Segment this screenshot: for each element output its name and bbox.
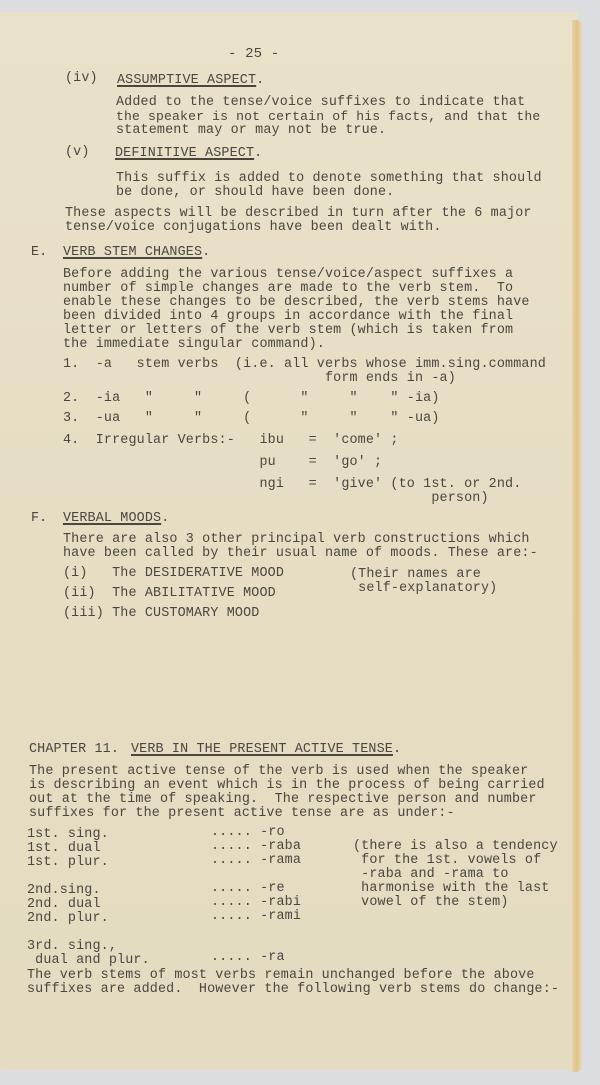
- chapter-label: CHAPTER 11.: [29, 743, 119, 757]
- aspect-title: DEFINITIVE ASPECT: [115, 146, 254, 161]
- section-text: Before adding the various tense/voice/as…: [63, 268, 513, 282]
- aspect-text: statement may or may not be true.: [116, 124, 386, 138]
- chapter-title: VERB IN THE PRESENT ACTIVE TENSE: [131, 742, 393, 757]
- suffix-value: ..... -rami: [211, 910, 301, 924]
- stem-group: ngi = 'give' (to 1st. or 2nd.: [63, 478, 521, 492]
- aspects-note: These aspects will be described in turn …: [65, 207, 532, 221]
- aspect-heading: DEFINITIVE ASPECT.: [115, 147, 262, 161]
- section-text: There are also 3 other principal verb co…: [63, 533, 530, 547]
- stem-group: 1. -a stem verbs (i.e. all verbs whose i…: [63, 358, 546, 372]
- suffix-note: vowel of the stem): [353, 896, 509, 910]
- page-number: - 25 -: [228, 47, 279, 61]
- stem-group: person): [63, 492, 489, 506]
- suffix-person: 2nd. plur.: [27, 912, 109, 926]
- mood-item: (iii) The CUSTOMARY MOOD: [63, 607, 259, 621]
- suffix-person: 3rd. sing., dual and plur.: [27, 940, 150, 968]
- chapter-text: suffixes for the present active tense ar…: [29, 807, 455, 821]
- suffix-person: 2nd.sing.: [27, 884, 101, 898]
- chapter-text: out at the time of speaking. The respect…: [29, 793, 537, 807]
- chapter-heading: VERB IN THE PRESENT ACTIVE TENSE.: [131, 743, 401, 757]
- section-title: VERBAL MOODS: [63, 511, 161, 526]
- suffix-value: ..... -rama: [211, 854, 301, 868]
- suffix-value: ..... -rabi: [211, 896, 301, 910]
- section-text: enable these changes to be described, th…: [63, 296, 530, 310]
- suffix-note: (there is also a tendency: [353, 840, 558, 854]
- section-text: number of simple changes are made to the…: [63, 282, 513, 296]
- aspect-number: (iv): [65, 72, 98, 86]
- section-text: letter or letters of the verb stem (whic…: [63, 324, 513, 338]
- suffix-person: 1st. sing.: [27, 828, 109, 842]
- section-text: have been called by their usual name of …: [63, 547, 538, 561]
- aspect-number: (v): [65, 146, 90, 160]
- stem-group: form ends in -a): [63, 372, 456, 386]
- suffix-value: ..... -raba: [211, 840, 301, 854]
- stem-group: 2. -ia " " ( " " " -ia): [63, 392, 440, 406]
- chapter-text: is describing an event which is in the p…: [29, 779, 545, 793]
- aspect-text: Added to the tense/voice suffixes to ind…: [116, 96, 525, 110]
- closing-text: suffixes are added. However the followin…: [27, 983, 559, 997]
- suffix-value: ..... -ro: [211, 826, 285, 840]
- aspects-note: tense/voice conjugations have been dealt…: [65, 221, 442, 235]
- section-letter: E.: [31, 246, 47, 260]
- suffix-person: 2nd. dual: [27, 898, 101, 912]
- closing-text: The verb stems of most verbs remain unch…: [27, 969, 535, 983]
- section-heading: VERBAL MOODS.: [63, 512, 169, 526]
- aspect-heading: ASSUMPTIVE ASPECT.: [117, 74, 264, 88]
- aspect-text: be done, or should have been done.: [116, 186, 394, 200]
- moods-note: self-explanatory): [350, 582, 497, 596]
- suffix-value: ..... -ra: [211, 951, 285, 965]
- aspect-text: This suffix is added to denote something…: [116, 172, 542, 186]
- stem-group: 4. Irregular Verbs:- ibu = 'come' ;: [63, 434, 399, 448]
- suffix-note: -raba and -rama to: [353, 868, 509, 882]
- suffix-note: harmonise with the last: [353, 882, 549, 896]
- stem-group: pu = 'go' ;: [63, 456, 382, 470]
- section-text: the immediate singular command).: [63, 338, 325, 352]
- section-heading: VERB STEM CHANGES.: [63, 246, 210, 260]
- suffix-value: ..... -re: [211, 882, 285, 896]
- stem-group: 3. -ua " " ( " " " -ua): [63, 412, 440, 426]
- aspect-text: the speaker is not certain of his facts,…: [116, 110, 540, 124]
- suffix-note: for the 1st. vowels of: [353, 854, 541, 868]
- mood-item: (i) The DESIDERATIVE MOOD: [63, 567, 284, 581]
- suffix-person: 1st. plur.: [27, 856, 109, 870]
- page-edge: [572, 20, 582, 1072]
- suffix-person: 1st. dual: [27, 842, 101, 856]
- moods-note: (Their names are: [350, 568, 481, 582]
- aspect-title: ASSUMPTIVE ASPECT: [117, 73, 256, 88]
- section-letter: F.: [31, 512, 47, 526]
- chapter-text: The present active tense of the verb is …: [29, 765, 528, 779]
- section-title: VERB STEM CHANGES: [63, 245, 202, 260]
- section-text: been divided into 4 groups in accordance…: [63, 310, 513, 324]
- mood-item: (ii) The ABILITATIVE MOOD: [63, 587, 276, 601]
